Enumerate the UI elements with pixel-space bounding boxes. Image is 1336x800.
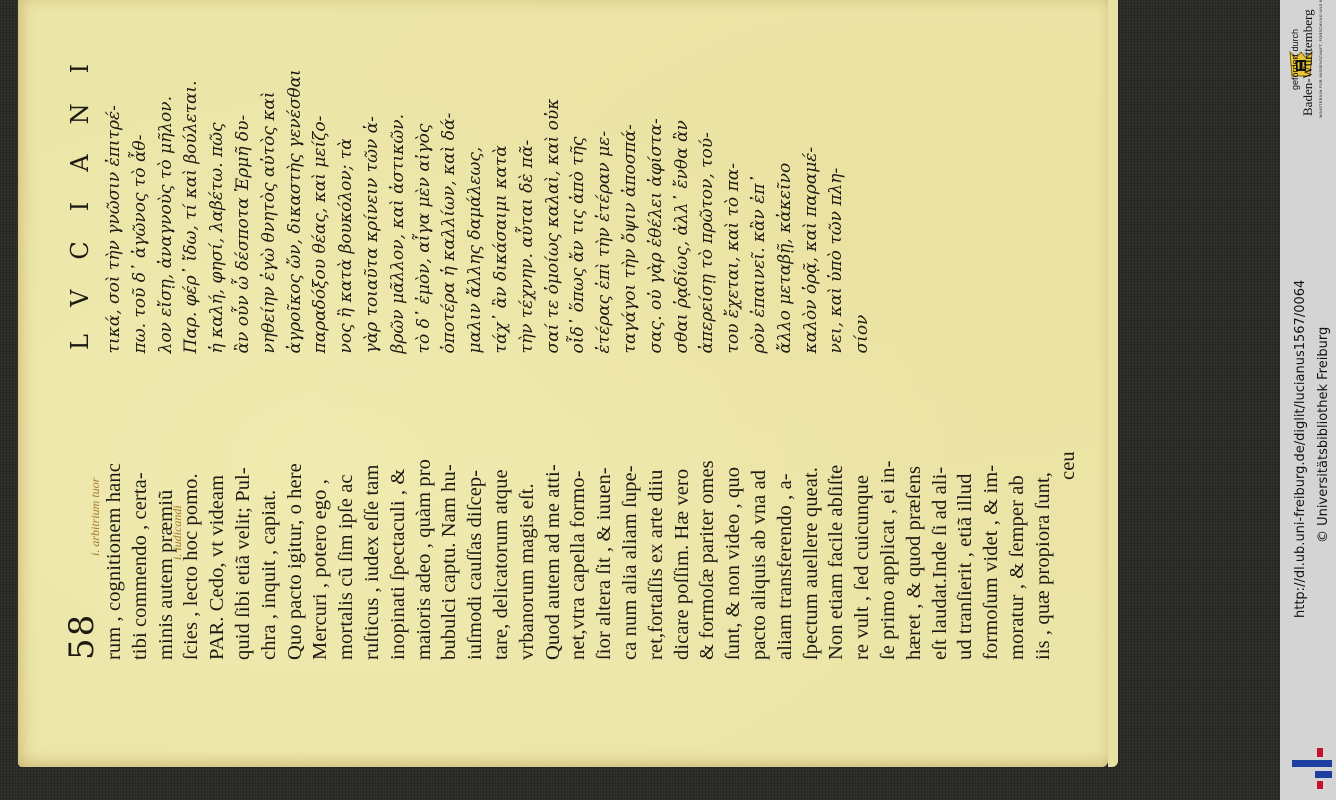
text-line: νος ἢ κατὰ βουκόλον; τὰ xyxy=(334,0,360,353)
text-line: ὁποτέρα ἡ καλλίων, καὶ δά- xyxy=(437,0,463,353)
text-line: aliam transferendo , a- xyxy=(773,365,799,660)
text-line: ἡ καλή, φησί, λαβέτω. πῶς xyxy=(205,0,231,353)
text-line: σας. οὐ γὰρ ἐθέλει ἀφίστα- xyxy=(644,0,670,353)
text-line: re vult , ſed cuicunque xyxy=(850,365,876,660)
text-line: pacto aliquis ab vna ad xyxy=(747,365,773,660)
text-line: mortalis cũ ſim ipſe ac xyxy=(334,365,360,660)
text-line: maioris adeo , quàm pro xyxy=(412,365,438,660)
text-line: βρῶν μᾶλλον, καὶ ἀστικῶν. xyxy=(386,0,412,353)
text-line: ſpectum auellere queat. xyxy=(799,365,825,660)
text-line: οἶδ᾽ ὅπως ἄν τις ἀπὸ τῆς xyxy=(566,0,592,353)
text-line: σαί τε ὁμοίως καλαὶ, καὶ οὐκ xyxy=(541,0,567,353)
text-line: τικά, σοὶ τὴν γνῶσιν ἐπιτρέ- xyxy=(102,0,128,353)
text-line: ſunt, & non video , quo xyxy=(721,365,747,660)
state-name: Baden-Württemberg xyxy=(1300,9,1316,116)
text-line: τὸ δ᾽ ἐμὸν, αἶγα μὲν αἰγὸς xyxy=(412,0,438,353)
page-edge xyxy=(1108,0,1118,767)
text-line: του ἔχεται, καὶ τὸ πα- xyxy=(721,0,747,353)
text-line: ſior altera ſit , & iuuen- xyxy=(592,365,618,660)
text-line: eſt laudat.Inde ſi ad ali- xyxy=(928,365,954,660)
text-line: iis , quæ propiora ſunt, xyxy=(1031,365,1057,660)
text-line: ταγάγοι τὴν ὄψιν ἀποσπά- xyxy=(618,0,644,353)
page-header: 58 LVCIANI xyxy=(62,0,102,660)
text-line: ἀγροῖκος ὤν, δικαστὴς γενέσθαι xyxy=(283,0,309,353)
text-line: chra , inquit , capiat. xyxy=(257,365,283,660)
text-line: moratur , & ſemper ab xyxy=(1005,365,1031,660)
text-line: ceu xyxy=(1056,365,1082,660)
text-line: ca num alia aliam ſupe- xyxy=(618,365,644,660)
text-line: & formoſæ pariter omes xyxy=(695,365,721,660)
page-number: 58 xyxy=(62,613,102,660)
text-line: λον εἴσῃ, ἀναγνοὺς τὸ μῆλον. xyxy=(154,0,180,353)
text-line: iuſmodi cauſſas diſcep- xyxy=(463,365,489,660)
text-line: πω. τοῦ δ᾽ ἀγῶνος τὸ ἆθ- xyxy=(128,0,154,353)
text-line: νει, καὶ ὑπὸ τῶν πλη- xyxy=(824,0,850,353)
text-line: Παρ. φέρ᾽ ἴδω, τί καὶ βούλεται. xyxy=(179,0,205,353)
text-line: ἂν οὖν ὦ δέσποτα Ἑρμῆ δυ- xyxy=(231,0,257,353)
permalink-url[interactable]: http://dl.ub.uni-freiburg.de/diglit/luci… xyxy=(1293,280,1308,618)
text-line: vrbanorum magis eſt. xyxy=(515,365,541,660)
text-line: tare, delicatorum atque xyxy=(489,365,515,660)
text-line: net,vtra capella formo- xyxy=(566,365,592,660)
running-head: LVCIANI xyxy=(66,34,94,350)
text-line: PAR. Cedo, vt videam xyxy=(205,365,231,660)
text-line: inopinati ſpectaculi , & xyxy=(386,365,412,660)
text-line: quid ſibi etiã velit; Pul- xyxy=(231,365,257,660)
text-line: dicare poſſim. Hæ vero xyxy=(670,365,696,660)
text-line: Quod autem ad me atti- xyxy=(541,365,567,660)
text-line: ruſticus , iudex eſſe tam xyxy=(360,365,386,660)
greek-column: τικά, σοὶ τὴν γνῶσιν ἐπιτρέ-πω. τοῦ δ᾽ ἀ… xyxy=(102,0,1082,365)
ministry-name: MINISTERIUM FÜR WISSENSCHAFT, FORSCHUNG … xyxy=(1318,0,1323,118)
text-line: ἑτέρας ἐπὶ τὴν ἑτέραν με- xyxy=(592,0,618,353)
text-line: τάχ᾽ ἂν δικάσαιμι κατὰ xyxy=(489,0,515,353)
text-line: bubulci captu. Nam hu- xyxy=(437,365,463,660)
text-line: γὰρ τοιαῦτα κρίνειν τῶν ἁ- xyxy=(360,0,386,353)
text-line: σθαι ῥᾳδίως, ἀλλ᾽ ἔνθα ἂν xyxy=(670,0,696,353)
text-line: formoſum videt , & im- xyxy=(979,365,1005,660)
text-line: hæret , & quod præſens xyxy=(902,365,928,660)
text-line: rum , cognitionem hanc xyxy=(102,365,128,660)
marginal-annotation: i. iudicandi xyxy=(170,505,185,560)
marginal-annotation: i. arbitrium tuor xyxy=(88,478,103,556)
text-line: ἄλλο μεταβῇ, κἀκεῖνο xyxy=(773,0,799,353)
page-text-block: 58 LVCIANI rum , cognitionem hanctibi co… xyxy=(62,0,1082,660)
text-line: ſe primo applicat , ei in- xyxy=(876,365,902,660)
ub-freiburg-logo-icon[interactable] xyxy=(1286,748,1332,790)
text-line: καλὸν ὁρᾷ, καὶ παραμέ- xyxy=(799,0,825,353)
text-line: ud tranſierit , etiã illud xyxy=(953,365,979,660)
latin-column: rum , cognitionem hanctibi commendo , ce… xyxy=(102,365,1082,660)
text-line: νηθείην ἐγὼ θνητὸς αὐτὸς καὶ xyxy=(257,0,283,353)
text-line: μαλιν ἄλλης δαμάλεως, xyxy=(463,0,489,353)
copyright-notice: © Universitätsbibliothek Freiburg xyxy=(1316,327,1331,543)
text-line: τὴν τέχνην. αὗται δὲ πᾶ- xyxy=(515,0,541,353)
text-line: Mercuri , potero ego , xyxy=(308,365,334,660)
text-line: ret,fortaſſis ex arte diiu xyxy=(644,365,670,660)
funding-label: gefördert durch xyxy=(1290,29,1300,90)
text-line: tibi commendo , certa- xyxy=(128,365,154,660)
text-line: ρὸν ἐπαινεῖ. κἂν ἐπ᾽ xyxy=(747,0,773,353)
text-line: ἀπερείσῃ τὸ πρῶτον, τού- xyxy=(695,0,721,353)
text-line: σίον xyxy=(850,0,876,353)
text-line: Quo pacto igitur, o here xyxy=(283,365,309,660)
text-line: Non etiam facile abſiſte xyxy=(824,365,850,660)
text-line: παραδόξου θέας, καὶ μείζο- xyxy=(308,0,334,353)
